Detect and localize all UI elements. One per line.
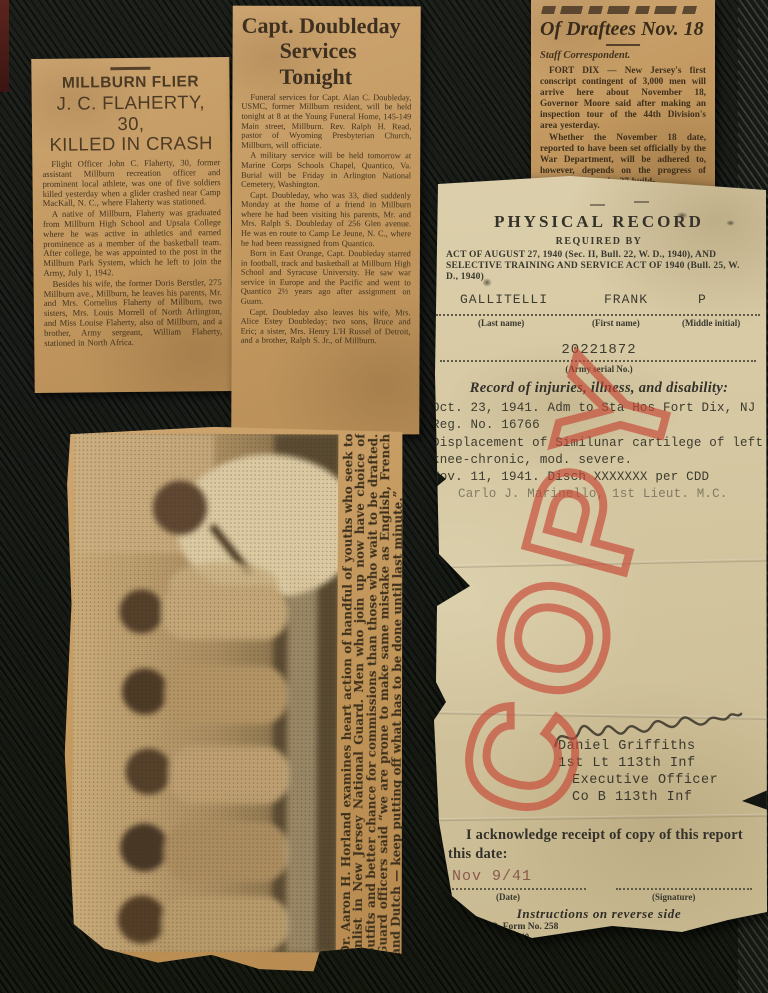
paragraph: Capt. Doubleday, who was 33, died sudden… — [241, 190, 411, 248]
army-serial-number: 20221872 — [430, 342, 768, 358]
signature-rule — [616, 886, 752, 890]
headline-line-2: Services Tonight — [241, 38, 411, 89]
officer-signature-block: Daniel Griffiths 1st Lt 113th Inf Execut… — [558, 738, 718, 806]
acknowledgement-text: I acknowledge receipt of copy of this re… — [448, 826, 760, 864]
entry-line-countersignature: Carlo J. Marinello, 1st Lieut. M.C. — [432, 486, 766, 503]
paragraph: Funeral services for Capt. Alan C. Doubl… — [241, 93, 411, 151]
photo-caption-column: Dr. Aaron H. Horland examines heart acti… — [340, 434, 405, 958]
headline: Of Draftees Nov. 18 — [540, 18, 706, 41]
label-last-name: (Last name) — [478, 318, 524, 328]
field-last-name: GALLITELLI — [460, 292, 548, 307]
byline: Staff Correspondent. — [540, 50, 706, 61]
photo-frame — [72, 433, 339, 952]
headline-rule — [606, 44, 640, 46]
paragraph: A native of Millburn, Flaherty was gradu… — [43, 208, 222, 278]
entry-line: Displacement of Similunar cartilege of l… — [432, 435, 766, 452]
field-first-name: FRANK — [604, 292, 648, 307]
paragraph: Born in East Orange, Capt. Doubleday sta… — [241, 249, 411, 307]
scrapbook-page: MILLBURN FLIER J. C. FLAHERTY, 30, KILLE… — [0, 0, 768, 993]
fold-crease — [430, 558, 768, 568]
record-title: PHYSICAL RECORD — [430, 212, 768, 232]
headline-line-1: J. C. FLAHERTY, 30, — [42, 92, 220, 135]
paragraph: Flight Officer John C. Flaherty, 30, for… — [42, 158, 221, 209]
paragraph: A military service will be held tomorrow… — [241, 151, 411, 190]
name-row: GALLITELLI FRANK P — [436, 292, 760, 316]
physical-record-paper: PHYSICAL RECORD REQUIRED BY ACT OF AUGUS… — [430, 174, 768, 946]
label-signature: (Signature) — [652, 892, 695, 902]
officer-rank: 1st Lt 113th Inf — [558, 755, 718, 772]
pencil-mark — [634, 201, 649, 203]
entry-line: Nov. 11, 1941. Disch XXXXXXX per CDD — [432, 469, 766, 486]
physical-record-document: PHYSICAL RECORD REQUIRED BY ACT OF AUGUS… — [430, 174, 768, 946]
paragraph: Besides his wife, the former Doris Berst… — [44, 278, 223, 348]
officer-title: Executive Officer — [558, 772, 718, 789]
clipping-millburn-flier: MILLBURN FLIER J. C. FLAHERTY, 30, KILLE… — [31, 57, 232, 393]
headline-line-1: Capt. Doubleday — [242, 13, 401, 39]
entry-line: Reg. No. 16766 — [432, 417, 766, 434]
label-date: (Date) — [496, 892, 520, 902]
instructions-note: Instructions on reverse side — [430, 906, 768, 922]
receipt-date-value: Nov 9/41 — [452, 868, 532, 885]
article-body: Funeral services for Capt. Alan C. Doubl… — [241, 93, 412, 347]
label-middle-initial: (Middle initial) — [682, 318, 740, 328]
paragraph: Capt. Doubleday also leaves his wife, Mr… — [241, 307, 411, 346]
headline-rule — [110, 67, 150, 70]
kicker-headline: MILLBURN FLIER — [41, 73, 219, 93]
pencil-mark — [590, 204, 605, 206]
entry-line: Oct. 23, 1941. Adm to Sta Hos Fort Dix, … — [432, 400, 766, 417]
clipping-doubleday-services: Capt. Doubleday Services Tonight Funeral… — [231, 6, 420, 435]
officer-unit: Co B 113th Inf — [558, 789, 718, 806]
article-body: Flight Officer John C. Flaherty, 30, for… — [42, 158, 222, 348]
typed-entries: Oct. 23, 1941. Adm to Sta Hos Fort Dix, … — [432, 400, 766, 504]
photo-caption: Dr. Aaron H. Horland examines heart acti… — [340, 434, 405, 956]
date-rule — [448, 886, 586, 890]
examination-photo — [72, 433, 339, 952]
label-first-name: (First name) — [592, 318, 640, 328]
paragraph: FORT DIX — New Jersey's first conscript … — [540, 65, 706, 131]
form-number: W. D., A. G. O. Form No. 258 — [440, 922, 558, 932]
form-date: November 1, 1940 — [460, 932, 529, 942]
act-citation-text: ACT OF AUGUST 27, 1940 (Sec. II, Bull. 2… — [446, 250, 754, 284]
officer-name: Daniel Griffiths — [558, 738, 718, 755]
headline: Capt. Doubleday Services Tonight — [241, 13, 411, 89]
entry-line: knee-chronic, mod. severe. — [432, 452, 766, 469]
record-of-injuries-heading: Record of injuries, illness, and disabil… — [430, 380, 768, 397]
headline-line-2: KILLED IN CRASH — [42, 134, 220, 157]
name-label-row: (Last name) (First name) (Middle initial… — [436, 318, 760, 330]
photo-clipping: Dr. Aaron H. Horland examines heart acti… — [62, 424, 409, 974]
print-code: 16—18395 — [692, 930, 733, 940]
article-body: FORT DIX — New Jersey's first conscript … — [540, 65, 706, 187]
cutoff-headline-fragment — [541, 6, 701, 14]
page-corner-sliver — [0, 0, 9, 92]
required-by-label: REQUIRED BY — [430, 236, 768, 247]
field-middle-initial: P — [698, 292, 707, 307]
torn-notch — [742, 790, 768, 810]
fold-crease — [430, 814, 768, 822]
label-army-serial: (Army serial No.) — [430, 364, 768, 374]
